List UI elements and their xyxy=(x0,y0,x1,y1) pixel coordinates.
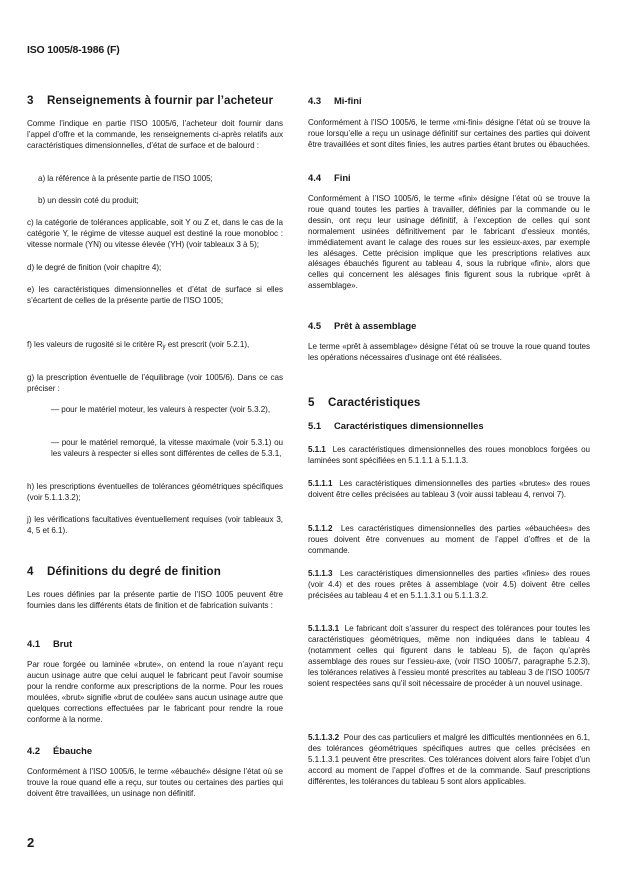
section-5-heading: 5Caractéristiques xyxy=(308,396,590,409)
list-item-d: d) le degré de finition (voir chapitre 4… xyxy=(27,263,283,274)
list-item-c: c) la catégorie de tolérances applicable… xyxy=(27,218,283,251)
list-item-e: e) les caractéristiques dimensionnelles … xyxy=(27,285,283,307)
section-4-2-text: Conformément à l’ISO 1005/6, le terme «é… xyxy=(27,767,283,800)
clause-5-1-1-3-2: 5.1.1.3.2 Pour des cas particuliers et m… xyxy=(308,733,590,788)
section-4-4-text: Conformément à l’ISO 1005/6, le terme «f… xyxy=(308,194,590,292)
clause-5-1-1-3-1: 5.1.1.3.1 Le fabricant doit s’assurer du… xyxy=(308,624,590,689)
section-4-intro: Les roues définies par la présente parti… xyxy=(27,590,283,612)
section-4-3-text: Conformément à l’ISO 1005/6, le terme «m… xyxy=(308,118,590,151)
list-item-a: a) la référence à la présente partie de … xyxy=(38,174,283,185)
section-4-heading: 4Définitions du degré de finition xyxy=(27,565,283,578)
clause-5-1-1-3: 5.1.1.3 Les caractéristiques dimensionne… xyxy=(308,569,590,602)
section-4-5-heading: 4.5Prêt à assemblage xyxy=(308,320,590,331)
clause-5-1-1: 5.1.1 Les caractéristiques dimensionnell… xyxy=(308,445,590,467)
list-subitem-2: — pour le matériel remorqué, la vitesse … xyxy=(51,438,283,460)
list-item-h: h) les prescriptions éventuelles de tolé… xyxy=(27,482,283,504)
section-4-1-text: Par roue forgée ou laminée «brute», on e… xyxy=(27,660,283,725)
list-item-b: b) un dessin coté du produit; xyxy=(38,196,283,207)
list-item-f: f) les valeurs de rugosité si le critère… xyxy=(27,340,283,353)
section-4-3-heading: 4.3Mi-fini xyxy=(308,95,590,106)
section-3-heading: 3Renseignements à fournir par l’acheteur xyxy=(27,94,283,107)
section-4-1-heading: 4.1Brut xyxy=(27,638,283,649)
clause-5-1-1-1: 5.1.1.1 Les caractéristiques dimensionne… xyxy=(308,479,590,501)
clause-5-1-1-2: 5.1.1.2 Les caractéristiques dimensionne… xyxy=(308,524,590,557)
section-3-intro: Comme l’indique en partie l’ISO 1005/6, … xyxy=(27,119,283,152)
section-title: Renseignements à fournir par l’acheteur xyxy=(47,94,273,107)
section-5-1-heading: 5.1Caractéristiques dimensionnelles xyxy=(308,420,590,431)
section-number: 3 xyxy=(27,94,47,107)
section-4-4-heading: 4.4Fini xyxy=(308,172,590,183)
list-item-g: g) la prescription éventuelle de l’équil… xyxy=(27,373,283,395)
list-subitem-1: — pour le matériel moteur, les valeurs à… xyxy=(51,405,283,416)
list-item-j: j) les vérifications facultatives éventu… xyxy=(27,515,283,537)
section-4-2-heading: 4.2Ébauche xyxy=(27,745,283,756)
page-number: 2 xyxy=(27,835,34,850)
section-4-5-text: Le terme «prêt à assemblage» désigne l’é… xyxy=(308,342,590,364)
document-header: ISO 1005/8-1986 (F) xyxy=(27,44,120,56)
